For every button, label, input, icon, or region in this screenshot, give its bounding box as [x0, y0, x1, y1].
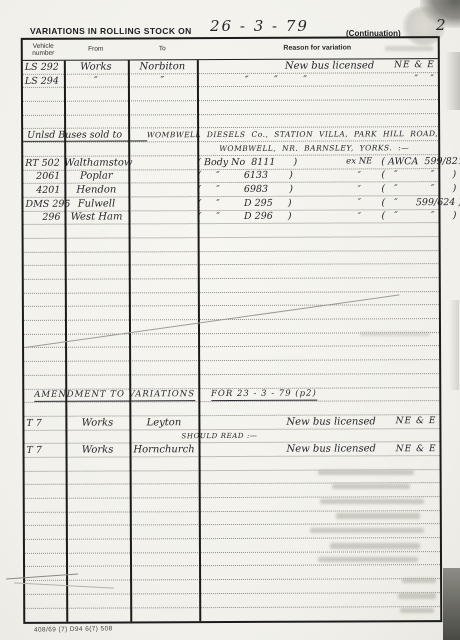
reason-cell: ( ″ 6133 )″( ″ ″ ) — [197, 169, 456, 181]
reason-cell: ( ″ D 295 )″( ″ 599/624 ) — [197, 197, 460, 209]
reason-code: NE & E — [394, 60, 435, 70]
vehicle-number-cell: T 7 — [24, 445, 65, 456]
from-cell: Hendon — [64, 184, 128, 195]
to-cell: ″ — [128, 75, 197, 86]
scan-edge-streak — [445, 52, 460, 110]
vehicle-number-cell: 296 — [23, 212, 64, 223]
from-cell: Walthamstow — [64, 157, 128, 168]
reference-text: ( ″ ″ ) — [381, 183, 456, 194]
reason-code: NE & E — [396, 444, 437, 454]
ex-code-text: ″ — [337, 211, 381, 221]
scan-corner-shadow — [443, 568, 460, 640]
scanned-document-page: VARIATIONS IN ROLLING STOCK ON 26 - 3 - … — [0, 0, 460, 640]
handwritten-page-number: 2 — [436, 16, 446, 34]
from-cell: ″ — [64, 75, 128, 86]
row-grid: DMS 295Fulwell( ″ D 295 )″( ″ 599/624 ) — [23, 196, 438, 210]
column-header-to: To — [128, 46, 197, 53]
body-number-text: ( Body No 8111 ) — [197, 156, 337, 168]
from-cell: Works — [65, 417, 129, 428]
vehicle-number-cell: LS 294 — [23, 75, 64, 86]
reference-text: ( ″ ″ ) — [381, 210, 456, 221]
ex-code-text: ″ — [337, 170, 381, 180]
column-header-vehicle-line2: number — [23, 50, 64, 57]
table-header-row: Vehicle number From To Reason for variat… — [23, 38, 438, 61]
ex-code-text: ex NE — [337, 157, 381, 167]
table-row — [25, 607, 440, 622]
column-header-vehicle: Vehicle number — [23, 43, 64, 57]
row-grid: T 7WorksLeytonNew bus licensedNE & E — [24, 415, 439, 429]
to-cell: Leyton — [129, 417, 198, 428]
reason-cell: ( ″ 6983 )″( ″ ″ ) — [197, 183, 456, 195]
form-print-code: 408/69 (7) D94 6(7) 508 — [34, 625, 113, 633]
reason-text: New bus licensed — [286, 443, 375, 454]
reference-text: ( ″ ″ ) — [381, 169, 456, 180]
column-header-from: From — [64, 46, 128, 53]
row-grid: 4201Hendon( ″ 6983 )″( ″ ″ ) — [23, 182, 438, 196]
vehicle-number-cell: RT 502 — [23, 157, 64, 168]
body-number-text: ( ″ D 295 ) — [197, 197, 337, 209]
vehicle-number-cell: LS 292 — [23, 62, 64, 73]
reason-text: New bus licensed — [286, 416, 375, 427]
vehicle-number-cell: DMS 295 — [23, 198, 64, 209]
buyer-address-line2: WOMBWELL, NR. BARNSLEY, YORKS. :— — [219, 143, 409, 153]
amendment-heading: AMENDMENT TO VARIATIONS — [34, 389, 195, 402]
reason-cell: New bus licensedNE & E — [197, 60, 438, 72]
reason-cell: ( Body No 8111 )ex NE( AWCA 599/821 ) — [197, 156, 460, 168]
buyer-address-line1: WOMBWELL DIESELS Co., STATION VILLA, PAR… — [147, 129, 438, 139]
should-read-note: SHOULD READ :— — [181, 432, 257, 440]
row-grid: 2061Poplar( ″ 6133 )″( ″ ″ ) — [23, 169, 438, 183]
column-header-reason: Reason for variation — [197, 44, 438, 53]
row-grid: RT 502Walthamstow( Body No 8111 )ex NE( … — [23, 155, 438, 169]
amendment-date: FOR 23 - 3 - 79 (p2) — [211, 388, 317, 400]
ex-code-text: ″ — [337, 198, 381, 208]
vehicle-number-cell: T 7 — [24, 417, 65, 428]
from-cell: Poplar — [64, 171, 128, 182]
reason-cell: New bus licensedNE & E — [198, 443, 439, 455]
page-title: VARIATIONS IN ROLLING STOCK ON — [30, 26, 192, 36]
row-grid: LS 292WorksNorbitonNew bus licensedNE & … — [23, 59, 438, 73]
ex-code-text: ″ — [337, 184, 381, 194]
to-cell: Hornchurch — [129, 444, 198, 455]
from-cell: Works — [64, 61, 128, 72]
table-body: LS 292WorksNorbitonNew bus licensedNE & … — [23, 59, 440, 622]
reason-text: New bus licensed — [285, 60, 374, 71]
vehicle-number-cell: 4201 — [23, 185, 64, 196]
row-grid: 296West Ham( ″ D 296 )″( ″ ″ ) — [23, 210, 438, 224]
handwritten-date: 26 - 3 - 79 — [210, 17, 309, 35]
from-cell: West Ham — [64, 212, 128, 223]
body-number-text: ( ″ D 296 ) — [197, 211, 337, 223]
vehicle-number-cell: 2061 — [23, 171, 64, 182]
reference-text: ( AWCA 599/821 ) — [381, 156, 460, 167]
reason-code: ″ ″ — [415, 74, 435, 84]
reason-cell: ″ ″ ″″ ″ — [197, 74, 438, 86]
row-grid: LS 294″″″ ″ ″″ ″ — [23, 73, 438, 87]
from-cell: Fulwell — [64, 198, 128, 209]
to-cell: Norbiton — [128, 61, 197, 72]
from-cell: Works — [65, 445, 129, 456]
reason-text: ″ ″ ″ — [245, 74, 307, 85]
rolling-stock-table: Vehicle number From To Reason for variat… — [21, 36, 443, 624]
reason-code: NE & E — [396, 416, 437, 426]
reason-cell: New bus licensedNE & E — [198, 416, 439, 428]
reason-cell: ( ″ D 296 )″( ″ ″ ) — [197, 210, 456, 222]
body-number-text: ( ″ 6133 ) — [197, 170, 337, 182]
body-number-text: ( ″ 6983 ) — [197, 184, 337, 196]
reference-text: ( ″ 599/624 ) — [381, 197, 460, 208]
scan-edge-streak — [449, 300, 459, 390]
row-grid: T 7WorksHornchurchNew bus licensedNE & E — [24, 442, 439, 456]
